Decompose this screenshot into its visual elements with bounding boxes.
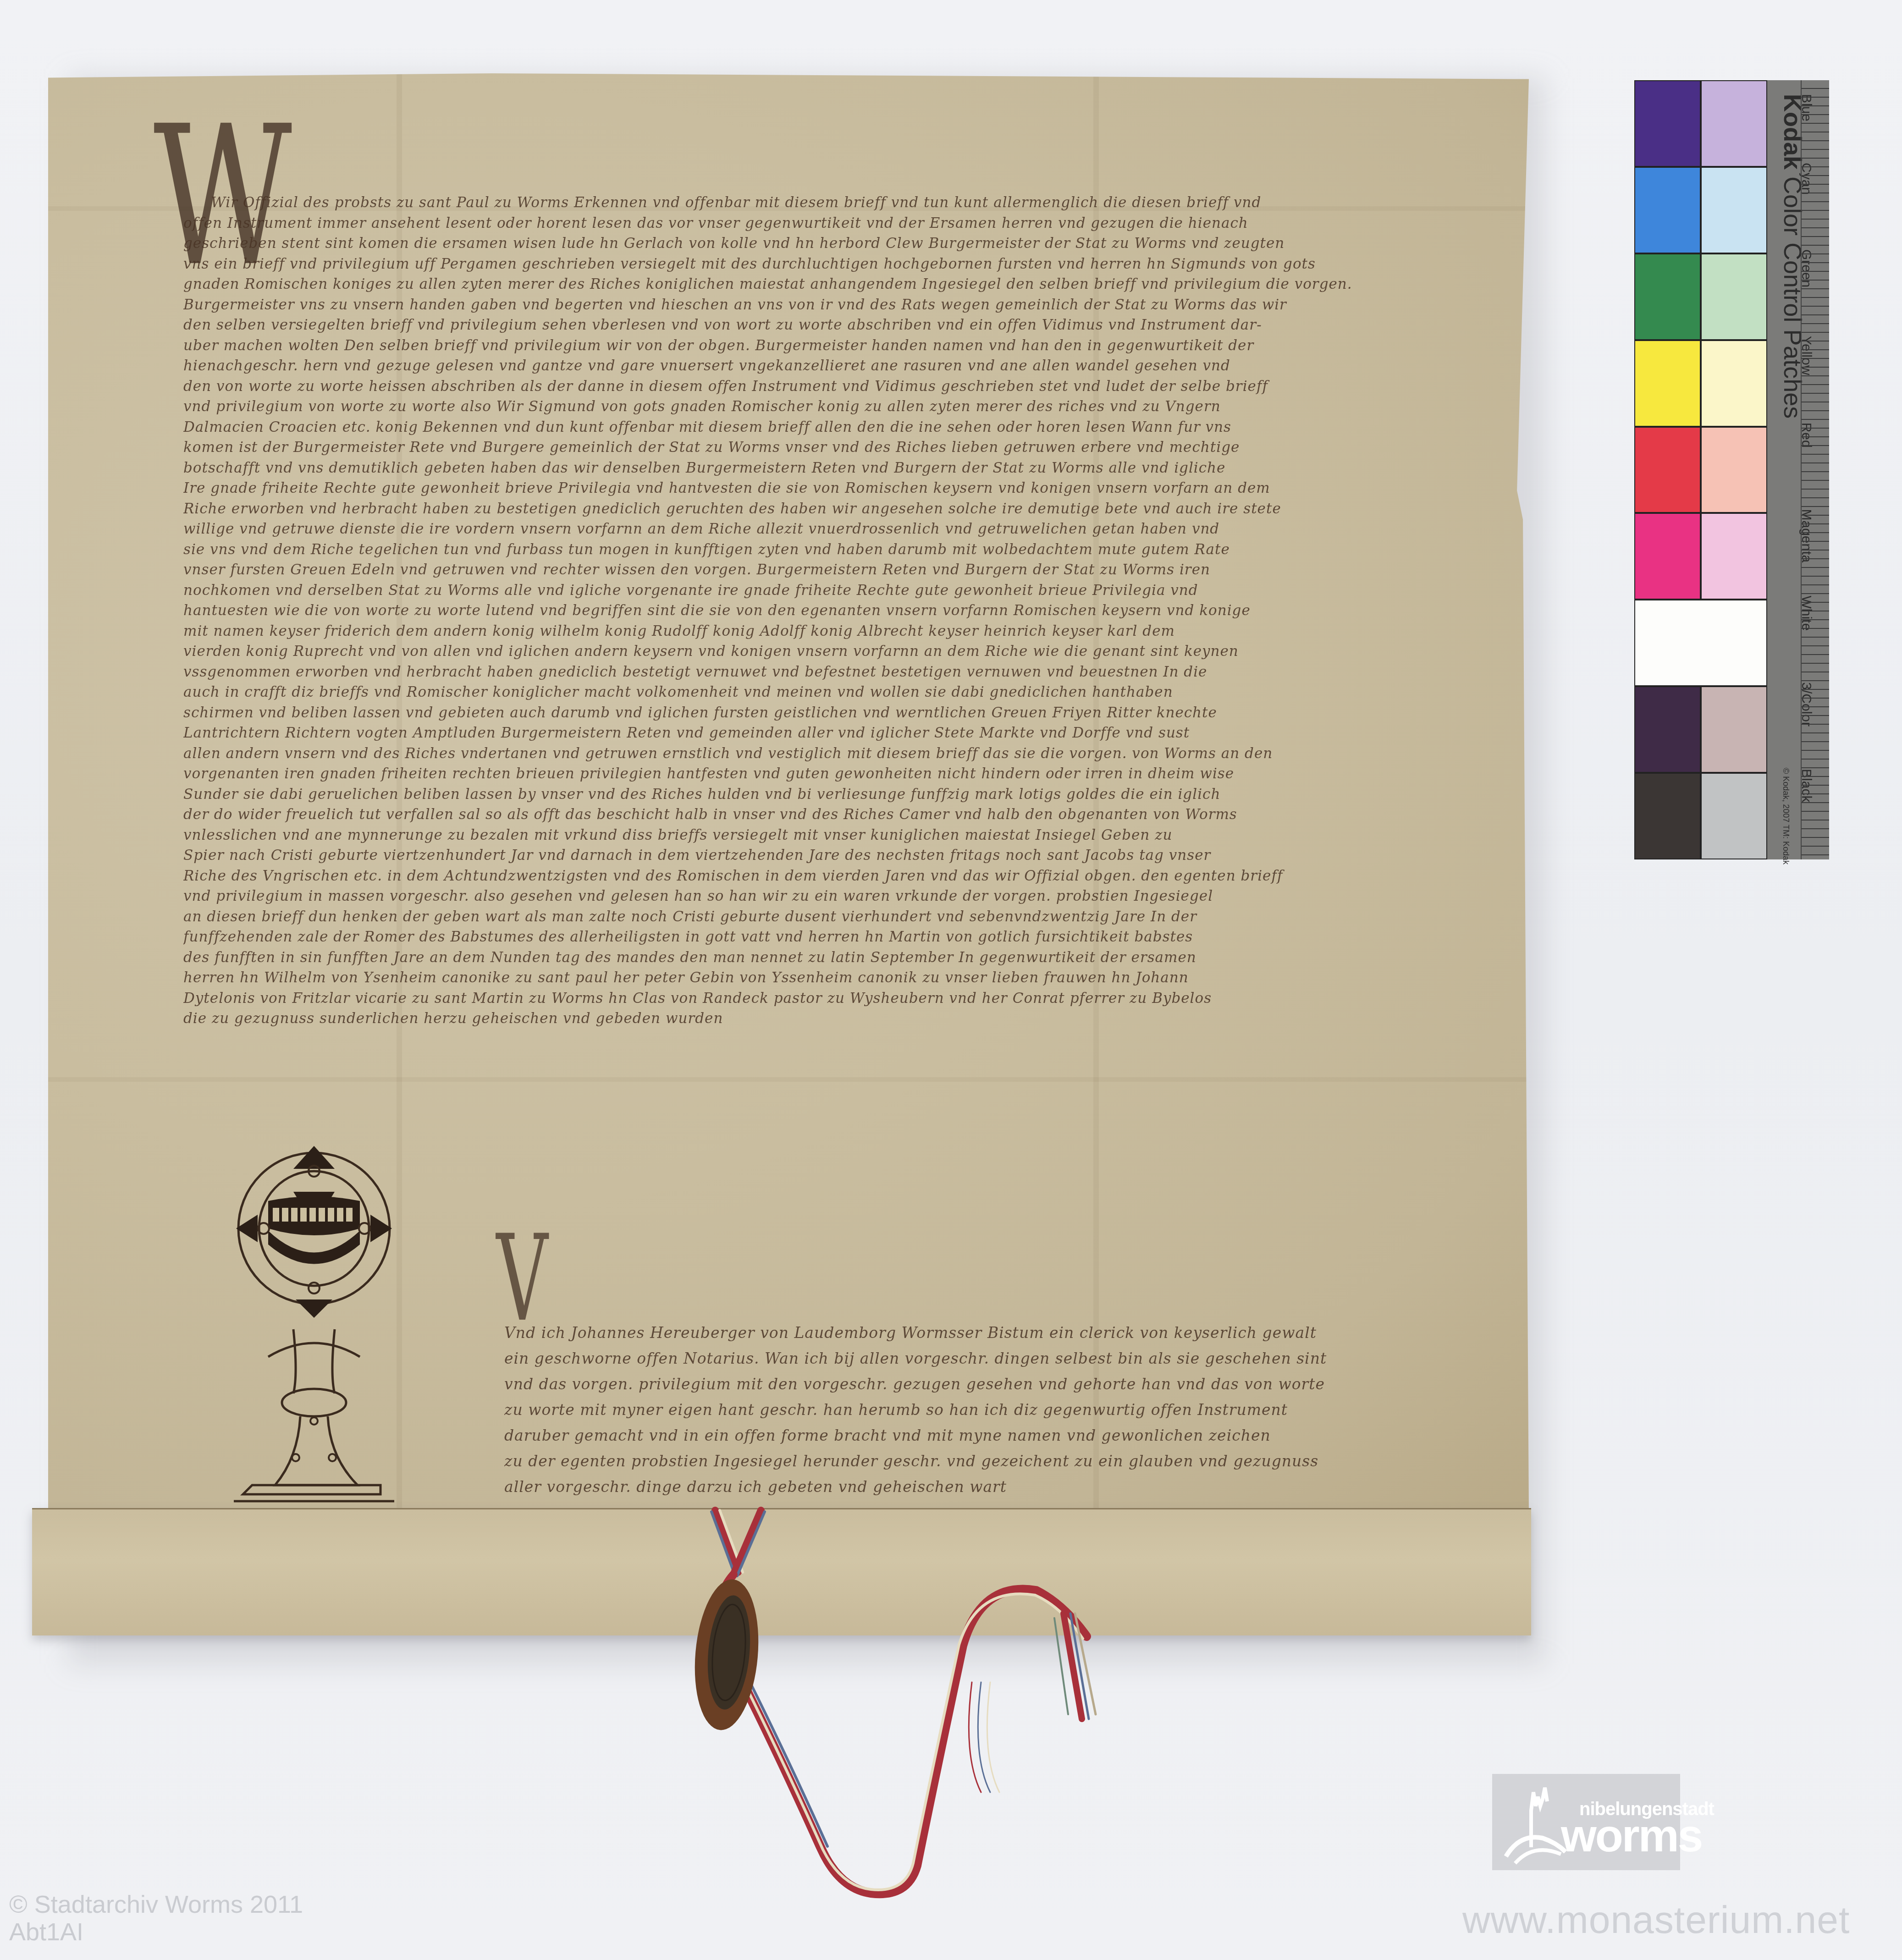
- color-patch-cyan-light: [1701, 167, 1767, 253]
- notary-text-line: zu der egenten probstien Ingesiegel heru…: [504, 1448, 1398, 1474]
- color-patch-red-dark: [1634, 427, 1701, 513]
- charter-text-line: offen Instrument immer ansehent lesent o…: [183, 213, 1513, 234]
- color-patch-3-color-dark: [1634, 686, 1701, 773]
- color-patch-magenta-light: [1701, 513, 1767, 600]
- notary-text-line: aller vorgeschr. dinge darzu ich gebeten…: [504, 1474, 1398, 1500]
- charter-text-line: vorgenanten iren gnaden friheiten rechte…: [183, 764, 1513, 784]
- charter-text-line: vnser fursten Greuen Edeln vnd getruwen …: [183, 560, 1513, 580]
- color-patch-black-light: [1701, 773, 1767, 859]
- charter-text-line: die zu gezugnuss sunderlichen herzu gehe…: [183, 1008, 1513, 1029]
- charter-text-line: Riche erworben vnd herbracht haben zu be…: [183, 499, 1513, 519]
- charter-text-line: Wir Offizial des probsts zu sant Paul zu…: [183, 193, 1513, 213]
- charter-text-line: komen ist der Burgermeister Rete vnd Bur…: [183, 437, 1513, 458]
- charter-text-line: des funfften in sin funfften Jare an dem…: [183, 947, 1513, 968]
- notary-text-line: vnd das vorgen. privilegium mit den vorg…: [504, 1371, 1398, 1397]
- charter-text-line: botschafft vnd vns demutiklich gebeten h…: [183, 458, 1513, 479]
- kodak-ruler: Kodak Color Control Patches BlueCyanGree…: [1767, 80, 1829, 859]
- notary-text-line: ein geschworne offen Notarius. Wan ich b…: [504, 1346, 1398, 1371]
- charter-text-line: schirmen vnd beliben lassen vnd gebieten…: [183, 703, 1513, 723]
- color-patch-black-dark: [1634, 773, 1701, 859]
- charter-text-line: Riche des Vngrischen etc. in dem Achtund…: [183, 866, 1513, 886]
- color-patch-green-dark: [1634, 253, 1701, 340]
- charter-main-text: Wir Offizial des probsts zu sant Paul zu…: [183, 193, 1513, 1029]
- charter-text-line: an diesen brieff dun henken der geben wa…: [183, 907, 1513, 927]
- charter-text-line: gnaden Romischen koniges zu allen zyten …: [183, 274, 1513, 295]
- wax-seal-icon: [688, 1499, 1421, 1911]
- charter-text-line: vnd privilegium in massen vorgeschr. als…: [183, 886, 1513, 907]
- cathedral-wave-icon: [1501, 1774, 1570, 1870]
- color-patch-yellow-dark: [1634, 340, 1701, 427]
- color-patch-blue-dark: [1634, 80, 1701, 167]
- color-patch-yellow-light: [1701, 340, 1767, 427]
- archive-copyright: © Stadtarchiv Worms 2011: [9, 1891, 303, 1918]
- charter-text-line: Ire gnade friheite Rechte gute gewonheit…: [183, 478, 1513, 499]
- archive-signature: Abt1AI: [9, 1918, 83, 1946]
- charter-text-line: vnd privilegium von worte zu worte also …: [183, 396, 1513, 417]
- charter-text-line: auch in crafft diz brieffs vnd Romischer…: [183, 682, 1513, 703]
- charter-text-line: hienachgeschr. hern vnd gezuge gelesen v…: [183, 356, 1513, 376]
- color-patch-cyan-dark: [1634, 167, 1701, 253]
- notary-subscription-text: Vnd ich Johannes Hereuberger von Laudemb…: [504, 1320, 1398, 1500]
- color-patch-white: [1634, 600, 1767, 686]
- charter-text-line: Spier nach Cristi geburte viertzenhunder…: [183, 845, 1513, 866]
- charter-text-line: funffzehenden zale der Romer des Babstum…: [183, 927, 1513, 947]
- color-patch-3-color-light: [1701, 686, 1767, 773]
- kodak-color-chart: Kodak Color Control Patches BlueCyanGree…: [1630, 80, 1829, 859]
- charter-text-line: Dalmacien Croacien etc. konig Bekennen v…: [183, 417, 1513, 438]
- notary-text-line: daruber gemacht vnd in ein offen forme b…: [504, 1423, 1398, 1448]
- color-patch-magenta-dark: [1634, 513, 1701, 600]
- charter-text-line: nochkomen vnd derselben Stat zu Worms al…: [183, 580, 1513, 601]
- charter-text-line: willige vnd getruwe dienste die ire vord…: [183, 519, 1513, 540]
- logo-worms: worms: [1561, 1813, 1702, 1859]
- charter-text-line: hantuesten wie die von worte zu worte lu…: [183, 600, 1513, 621]
- notary-text-line: zu worte mit myner eigen hant geschr. ha…: [504, 1397, 1398, 1423]
- charter-text-line: geschrieben stent sint komen die ersamen…: [183, 233, 1513, 254]
- charter-text-line: herren hn Wilhelm von Ysenheim canonike …: [183, 968, 1513, 988]
- charter-text-line: Dytelonis von Fritzlar vicarie zu sant M…: [183, 988, 1513, 1009]
- charter-text-line: vnlesslichen vnd ane mynnerunge zu bezal…: [183, 825, 1513, 846]
- monasterium-url[interactable]: www.monasterium.net: [1462, 1898, 1850, 1942]
- color-patch-red-light: [1701, 427, 1767, 513]
- charter-text-line: sie vns vnd dem Riche tegelichen tun vnd…: [183, 540, 1513, 560]
- charter-text-line: Burgermeister vns zu vnsern handen gaben…: [183, 295, 1513, 315]
- charter-text-line: der do wider freuelich tut verfallen sal…: [183, 804, 1513, 825]
- color-patch-blue-light: [1701, 80, 1767, 167]
- charter-text-line: den von worte zu worte heissen abschribe…: [183, 376, 1513, 397]
- charter-text-line: uber machen wolten Den selben brieff vnd…: [183, 336, 1513, 356]
- charter-text-line: mit namen keyser friderich dem andern ko…: [183, 621, 1513, 642]
- kodak-copyright: © Kodak, 2007 TM: Kodak: [1781, 768, 1791, 864]
- ruler-ticks: [1801, 80, 1829, 859]
- charter-text-line: Lantrichtern Richtern vogten Amptluden B…: [183, 723, 1513, 743]
- charter-text-line: vierden konig Ruprecht vnd von allen vnd…: [183, 641, 1513, 662]
- charter-text-line: Sunder sie dabi geruelichen beliben lass…: [183, 784, 1513, 805]
- notarial-sign-icon: [225, 1137, 403, 1517]
- charter-text-line: vssgenommen erworben vnd herbracht haben…: [183, 662, 1513, 683]
- worms-logo: nibelungenstadt worms: [1492, 1774, 1680, 1870]
- charter-text-line: allen andern vnsern vnd des Riches vnder…: [183, 743, 1513, 764]
- charter-text-line: vns ein brieff vnd privilegium uff Perga…: [183, 254, 1513, 275]
- color-patch-green-light: [1701, 253, 1767, 340]
- notary-text-line: Vnd ich Johannes Hereuberger von Laudemb…: [504, 1320, 1398, 1346]
- charter-text-line: den selben versiegelten brieff vnd privi…: [183, 315, 1513, 336]
